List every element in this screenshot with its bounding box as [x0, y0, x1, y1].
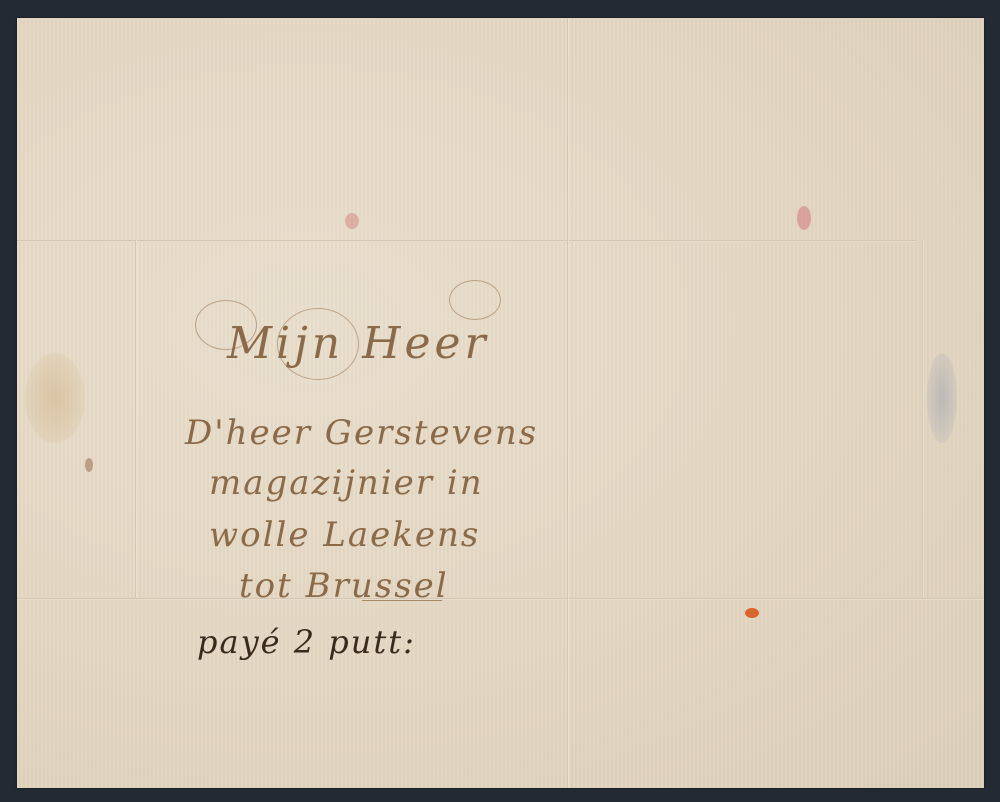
- fold-line-right: [922, 240, 924, 598]
- postal-marking: payé 2 putt:: [197, 623, 416, 661]
- letter-sheet: Mijn Heer D'heer Gerstevens magazijnier …: [17, 18, 984, 788]
- flourish: [449, 280, 501, 320]
- address-underline: [362, 600, 442, 601]
- water-stain: [25, 353, 85, 443]
- ink-blot: [85, 458, 93, 472]
- wax-mark: [345, 213, 359, 229]
- fold-line-bottom: [17, 598, 984, 600]
- address-line-2: magazijnier in: [209, 463, 484, 503]
- address-line-3: wolle Laekens: [209, 515, 480, 555]
- fold-line-top: [17, 240, 917, 242]
- salutation: Mijn Heer: [227, 318, 490, 369]
- fold-line-left: [135, 240, 137, 598]
- wax-mark: [745, 608, 759, 618]
- wax-mark: [927, 353, 957, 443]
- address-line-1: D'heer Gerstevens: [185, 413, 538, 453]
- wax-mark: [797, 206, 811, 230]
- fold-line-center: [567, 18, 569, 788]
